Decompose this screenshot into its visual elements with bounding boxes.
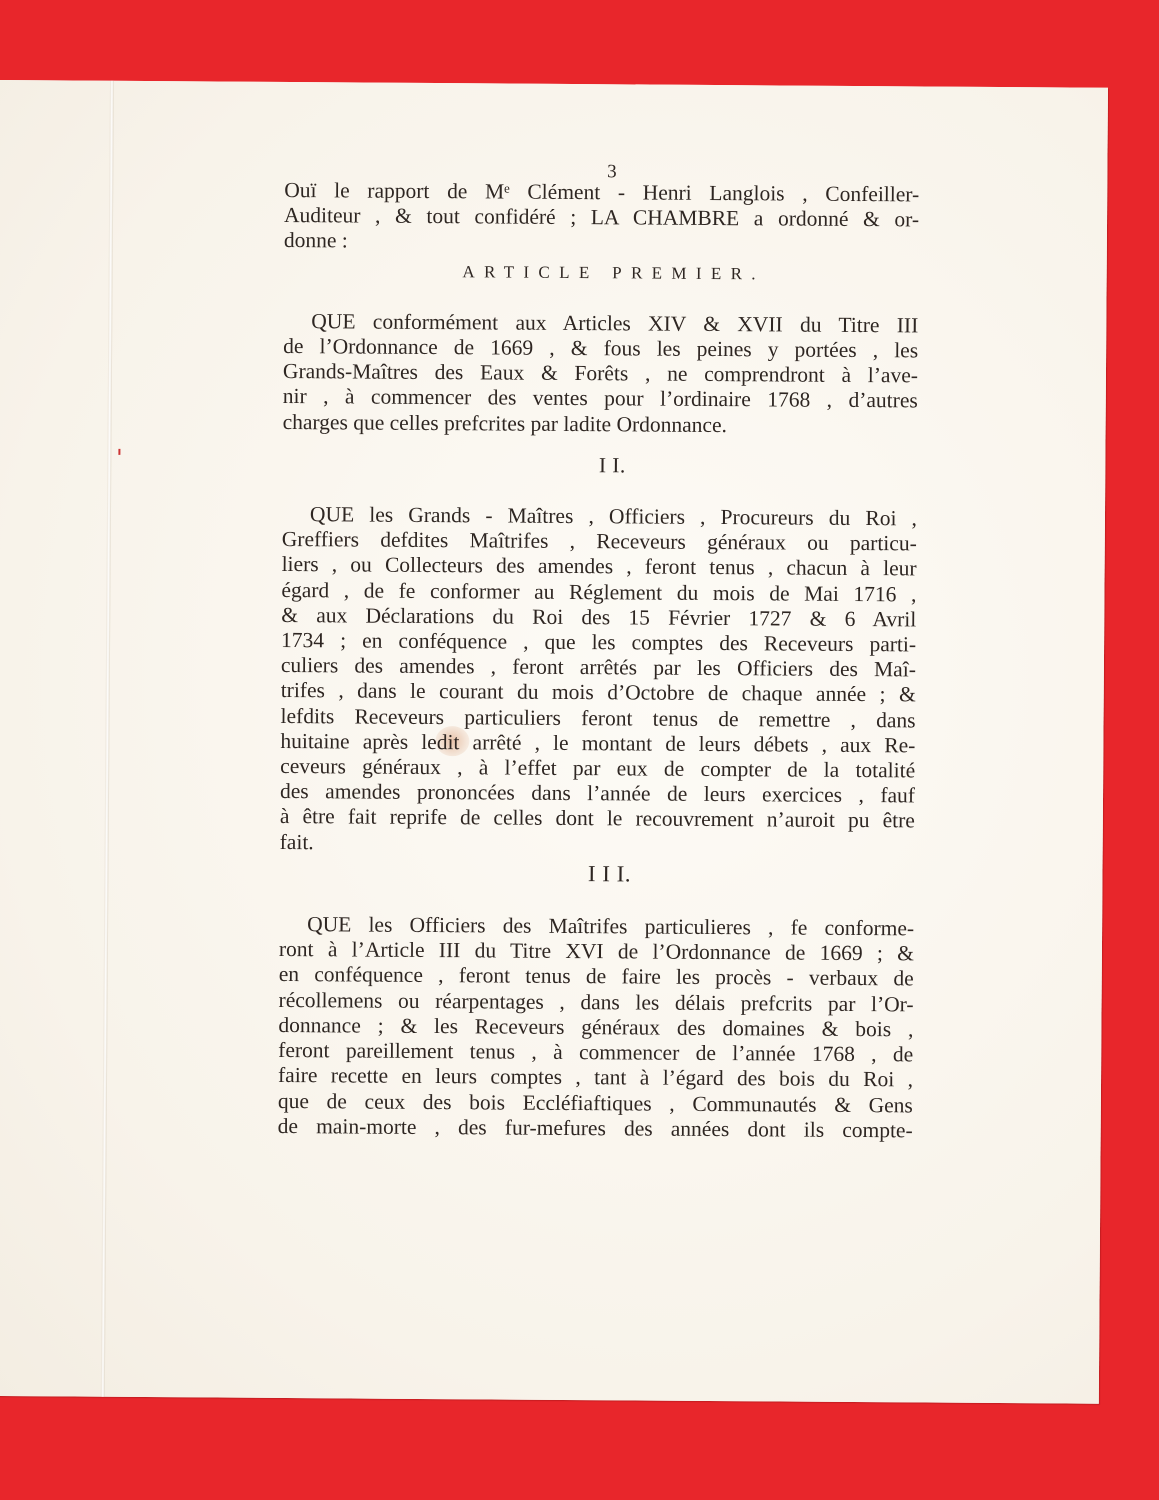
red-ink-mark: [118, 449, 120, 455]
article-2-paragraph: QUE les Grands - Maîtres , Officiers , P…: [280, 502, 917, 859]
text-line: donne :: [284, 228, 919, 258]
article-1-paragraph: QUE conformément aux Articles XIV & XVII…: [283, 309, 919, 439]
page-text: 3 Ouï le rapport de Mᵉ Clément - Henri L…: [278, 162, 920, 1143]
article-heading: I I I.: [304, 859, 914, 888]
text-line: nir , à commencer des ventes pour l’ordi…: [283, 384, 918, 414]
text-line: fait.: [280, 830, 915, 860]
text-line: faire recette en leurs comptes , tant à …: [278, 1063, 913, 1093]
text-line: à être fait reprife de celles dont le re…: [280, 804, 915, 834]
article-3-paragraph: QUE les Officiers des Maîtrifes particul…: [278, 912, 915, 1143]
page-fold-line: [101, 81, 114, 1397]
document-page: 3 Ouï le rapport de Mᵉ Clément - Henri L…: [0, 80, 1108, 1404]
text-line: trifes , dans le courant du mois d’Octob…: [281, 678, 916, 708]
text-line: Auditeur , & tout confidéré ; LA CHAMBRE…: [284, 203, 919, 233]
intro-paragraph: Ouï le rapport de Mᵉ Clément - Henri Lan…: [284, 178, 920, 258]
text-line: charges que celles prefcrites par ladite…: [283, 410, 918, 440]
text-line: liers , ou Collecteurs des amendes , fer…: [282, 552, 917, 582]
article-heading: I I.: [307, 451, 917, 480]
article-heading: ARTICLE PREMIER.: [309, 258, 919, 287]
text-line: de main-morte , des fur-mefures des anné…: [278, 1114, 913, 1144]
